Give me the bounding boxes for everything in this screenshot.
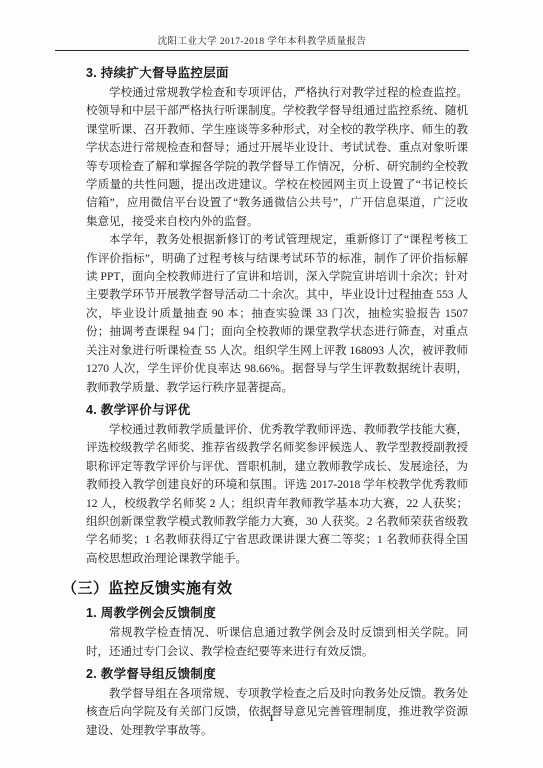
paragraph-evaluation: 学校通过教师教学质量评价、优秀教学教师评选、教师教学技能大赛，评选校级教学名师奖… [86,421,468,568]
heading-section-three-feedback: （三）监控反馈实施有效 [62,577,468,598]
page-body: 3. 持续扩大督导监控层面 学校通过常规教学检查和专项评估，严格执行对教学过程的… [0,63,543,740]
running-header: 沈阳工业大学 2017-2018 学年本科教学质量报告 [55,0,469,51]
paragraph-weekly-meeting: 常规教学检查情况、听课信息通过教学例会及时反馈到相关学院。同时，还通过专门会议、… [86,624,468,661]
paragraph-supervisory-group: 教学督导组在各项常规、专项教学检查之后及时向教务处反馈。教务处核查后向学院及有关… [86,685,468,740]
heading-weekly-meeting-feedback: 1. 周教学例会反馈制度 [86,603,468,621]
document-page: 沈阳工业大学 2017-2018 学年本科教学质量报告 3. 持续扩大督导监控层… [0,0,543,768]
heading-supervisory-group-feedback: 2. 教学督导组反馈制度 [86,664,468,682]
paragraph-supervision-1: 学校通过常规教学检查和专项评估，严格执行对教学过程的检查监控。校领导和中层干部严… [86,84,468,231]
heading-teaching-evaluation: 4. 教学评价与评优 [86,400,468,418]
running-header-text: 沈阳工业大学 2017-2018 学年本科教学质量报告 [55,33,469,47]
heading-expand-supervision: 3. 持续扩大督导监控层面 [86,63,468,81]
paragraph-supervision-2: 本学年，教务处根据新修订的考试管理规定，重新修订了“课程考核工作评价指标”，明确… [86,231,468,397]
page-number: 1 [0,714,543,724]
